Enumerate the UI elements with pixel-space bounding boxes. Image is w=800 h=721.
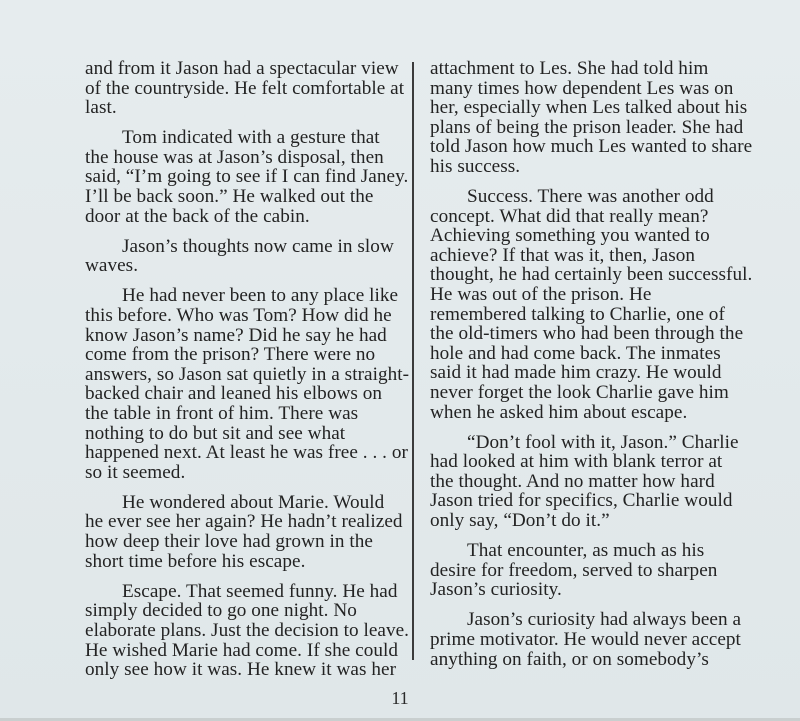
text-line: his success. [430, 157, 750, 177]
text-line: many times how dependent Les was on [430, 79, 750, 99]
paragraph: That encounter, as much as his desire fo… [430, 541, 750, 600]
paragraph: He wondered about Marie. Would he ever s… [85, 493, 405, 571]
book-page: and from it Jason had a spectacular view… [0, 0, 800, 721]
text-line: how deep their love had grown in the [85, 532, 405, 552]
text-line: this before. Who was Tom? How did he [85, 306, 405, 326]
text-line: Success. There was another odd [430, 187, 750, 207]
text-line: Jason’s curiosity had always been a [430, 610, 750, 630]
paragraph: attachment to Les. She had told him many… [430, 59, 750, 177]
paragraph: Success. There was another odd concept. … [430, 187, 750, 422]
text-line: achieve? If that was it, then, Jason [430, 246, 750, 266]
text-line: had looked at him with blank terror at [430, 452, 750, 472]
text-line: only see how it was. He knew it was her [85, 660, 405, 680]
text-line: Jason’s curiosity. [430, 580, 750, 600]
text-line: last. [85, 98, 405, 118]
column-divider-rule [412, 62, 414, 660]
text-line: the old-timers who had been through the [430, 324, 750, 344]
text-line: remembered talking to Charlie, one of [430, 305, 750, 325]
text-line: come from the prison? There were no [85, 345, 405, 365]
text-line: He was out of the prison. He [430, 285, 750, 305]
text-line: he ever see her again? He hadn’t realize… [85, 512, 405, 532]
paragraph: and from it Jason had a spectacular view… [85, 59, 405, 118]
paragraph: “Don’t fool with it, Jason.” Charlie had… [430, 433, 750, 531]
text-line: simply decided to go one night. No [85, 601, 405, 621]
text-line: prime motivator. He would never accept [430, 630, 750, 650]
text-line: know Jason’s name? Did he say he had [85, 326, 405, 346]
text-line: nothing to do but sit and see what [85, 424, 405, 444]
text-line: anything on faith, or on somebody’s [430, 650, 750, 670]
paragraph: Jason’s thoughts now came in slow waves. [85, 237, 405, 276]
left-text-column: and from it Jason had a spectacular view… [85, 59, 405, 690]
right-text-column: attachment to Les. She had told him many… [430, 59, 750, 680]
text-line: when he asked him about escape. [430, 403, 750, 423]
text-line: the house was at Jason’s disposal, then [85, 148, 405, 168]
text-line: only say, “Don’t do it.” [430, 511, 750, 531]
text-line: Jason’s thoughts now came in slow [85, 237, 405, 257]
text-line: so it seemed. [85, 463, 405, 483]
paragraph: Jason’s curiosity had always been a prim… [430, 610, 750, 669]
text-line: He had never been to any place like [85, 286, 405, 306]
text-line: He wondered about Marie. Would [85, 493, 405, 513]
text-line: Achieving something you wanted to [430, 226, 750, 246]
text-line: happened next. At least he was free . . … [85, 443, 405, 463]
text-line: and from it Jason had a spectacular view [85, 59, 405, 79]
text-line: I’ll be back soon.” He walked out the [85, 187, 405, 207]
text-line: He wished Marie had come. If she could [85, 641, 405, 661]
text-line: told Jason how much Les wanted to share [430, 137, 750, 157]
text-line: Escape. That seemed funny. He had [85, 582, 405, 602]
text-line: said it had made him crazy. He would [430, 363, 750, 383]
paragraph: Escape. That seemed funny. He had simply… [85, 582, 405, 680]
text-line: desire for freedom, served to sharpen [430, 561, 750, 581]
text-line: never forget the look Charlie gave him [430, 383, 750, 403]
text-line: plans of being the prison leader. She ha… [430, 118, 750, 138]
text-line: the table in front of him. There was [85, 404, 405, 424]
text-line: door at the back of the cabin. [85, 207, 405, 227]
text-line: answers, so Jason sat quietly in a strai… [85, 365, 405, 385]
text-line: Tom indicated with a gesture that [85, 128, 405, 148]
text-line: thought, he had certainly been successfu… [430, 265, 750, 285]
text-line: “Don’t fool with it, Jason.” Charlie [430, 433, 750, 453]
paragraph: He had never been to any place like this… [85, 286, 405, 482]
text-line: said, “I’m going to see if I can find Ja… [85, 167, 405, 187]
page-number: 11 [388, 688, 412, 709]
text-line: the thought. And no matter how hard [430, 472, 750, 492]
text-line: of the countryside. He felt comfortable … [85, 79, 405, 99]
text-line: attachment to Les. She had told him [430, 59, 750, 79]
text-line: concept. What did that really mean? [430, 207, 750, 227]
text-line: backed chair and leaned his elbows on [85, 384, 405, 404]
text-line: elaborate plans. Just the decision to le… [85, 621, 405, 641]
paragraph: Tom indicated with a gesture that the ho… [85, 128, 405, 226]
text-line: waves. [85, 256, 405, 276]
text-line: short time before his escape. [85, 552, 405, 572]
text-line: That encounter, as much as his [430, 541, 750, 561]
text-line: Jason tried for specifics, Charlie would [430, 491, 750, 511]
text-line: hole and had come back. The inmates [430, 344, 750, 364]
text-line: her, especially when Les talked about hi… [430, 98, 750, 118]
